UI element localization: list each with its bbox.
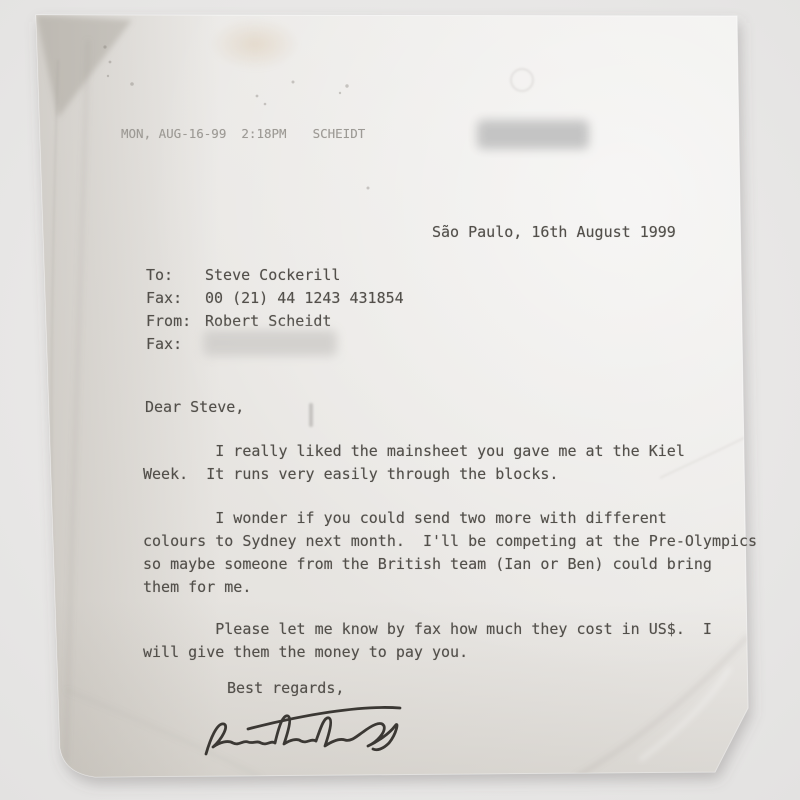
fax-sender-id: SCHEIDT (313, 125, 366, 143)
fax-timestamp: MON, AUG-16-99 2:18PM (121, 125, 287, 143)
paragraph: Please let me know by fax how much they … (143, 618, 712, 664)
recipient-row-fax: Fax: 00 (21) 44 1243 431854 (146, 287, 404, 310)
paper-highlight (0, 0, 800, 800)
dateline: São Paulo, 16th August 1999 (432, 221, 676, 244)
row-label: To: (146, 264, 205, 287)
row-value: Steve Cockerill (205, 264, 340, 287)
redaction-blur-fax-number-sender (203, 330, 337, 356)
signature (192, 696, 412, 774)
row-label: Fax: (146, 333, 205, 356)
paper-stain (210, 18, 300, 70)
redaction-blur-fax-number-top (477, 120, 589, 149)
paragraph: I really liked the mainsheet you gave me… (143, 440, 685, 486)
photo-backdrop (0, 0, 800, 800)
salutation: Dear Steve, (145, 396, 244, 419)
recipient-row-to: To: Steve Cockerill (146, 264, 404, 287)
paragraph: I wonder if you could send two more with… (143, 507, 757, 599)
row-label: Fax: (146, 287, 205, 310)
row-label: From: (146, 310, 205, 333)
fax-transmission-header: MON, AUG-16-99 2:18PM SCHEIDT (121, 125, 365, 143)
row-value: 00 (21) 44 1243 431854 (205, 287, 404, 310)
faint-smudge-mark (309, 403, 313, 427)
